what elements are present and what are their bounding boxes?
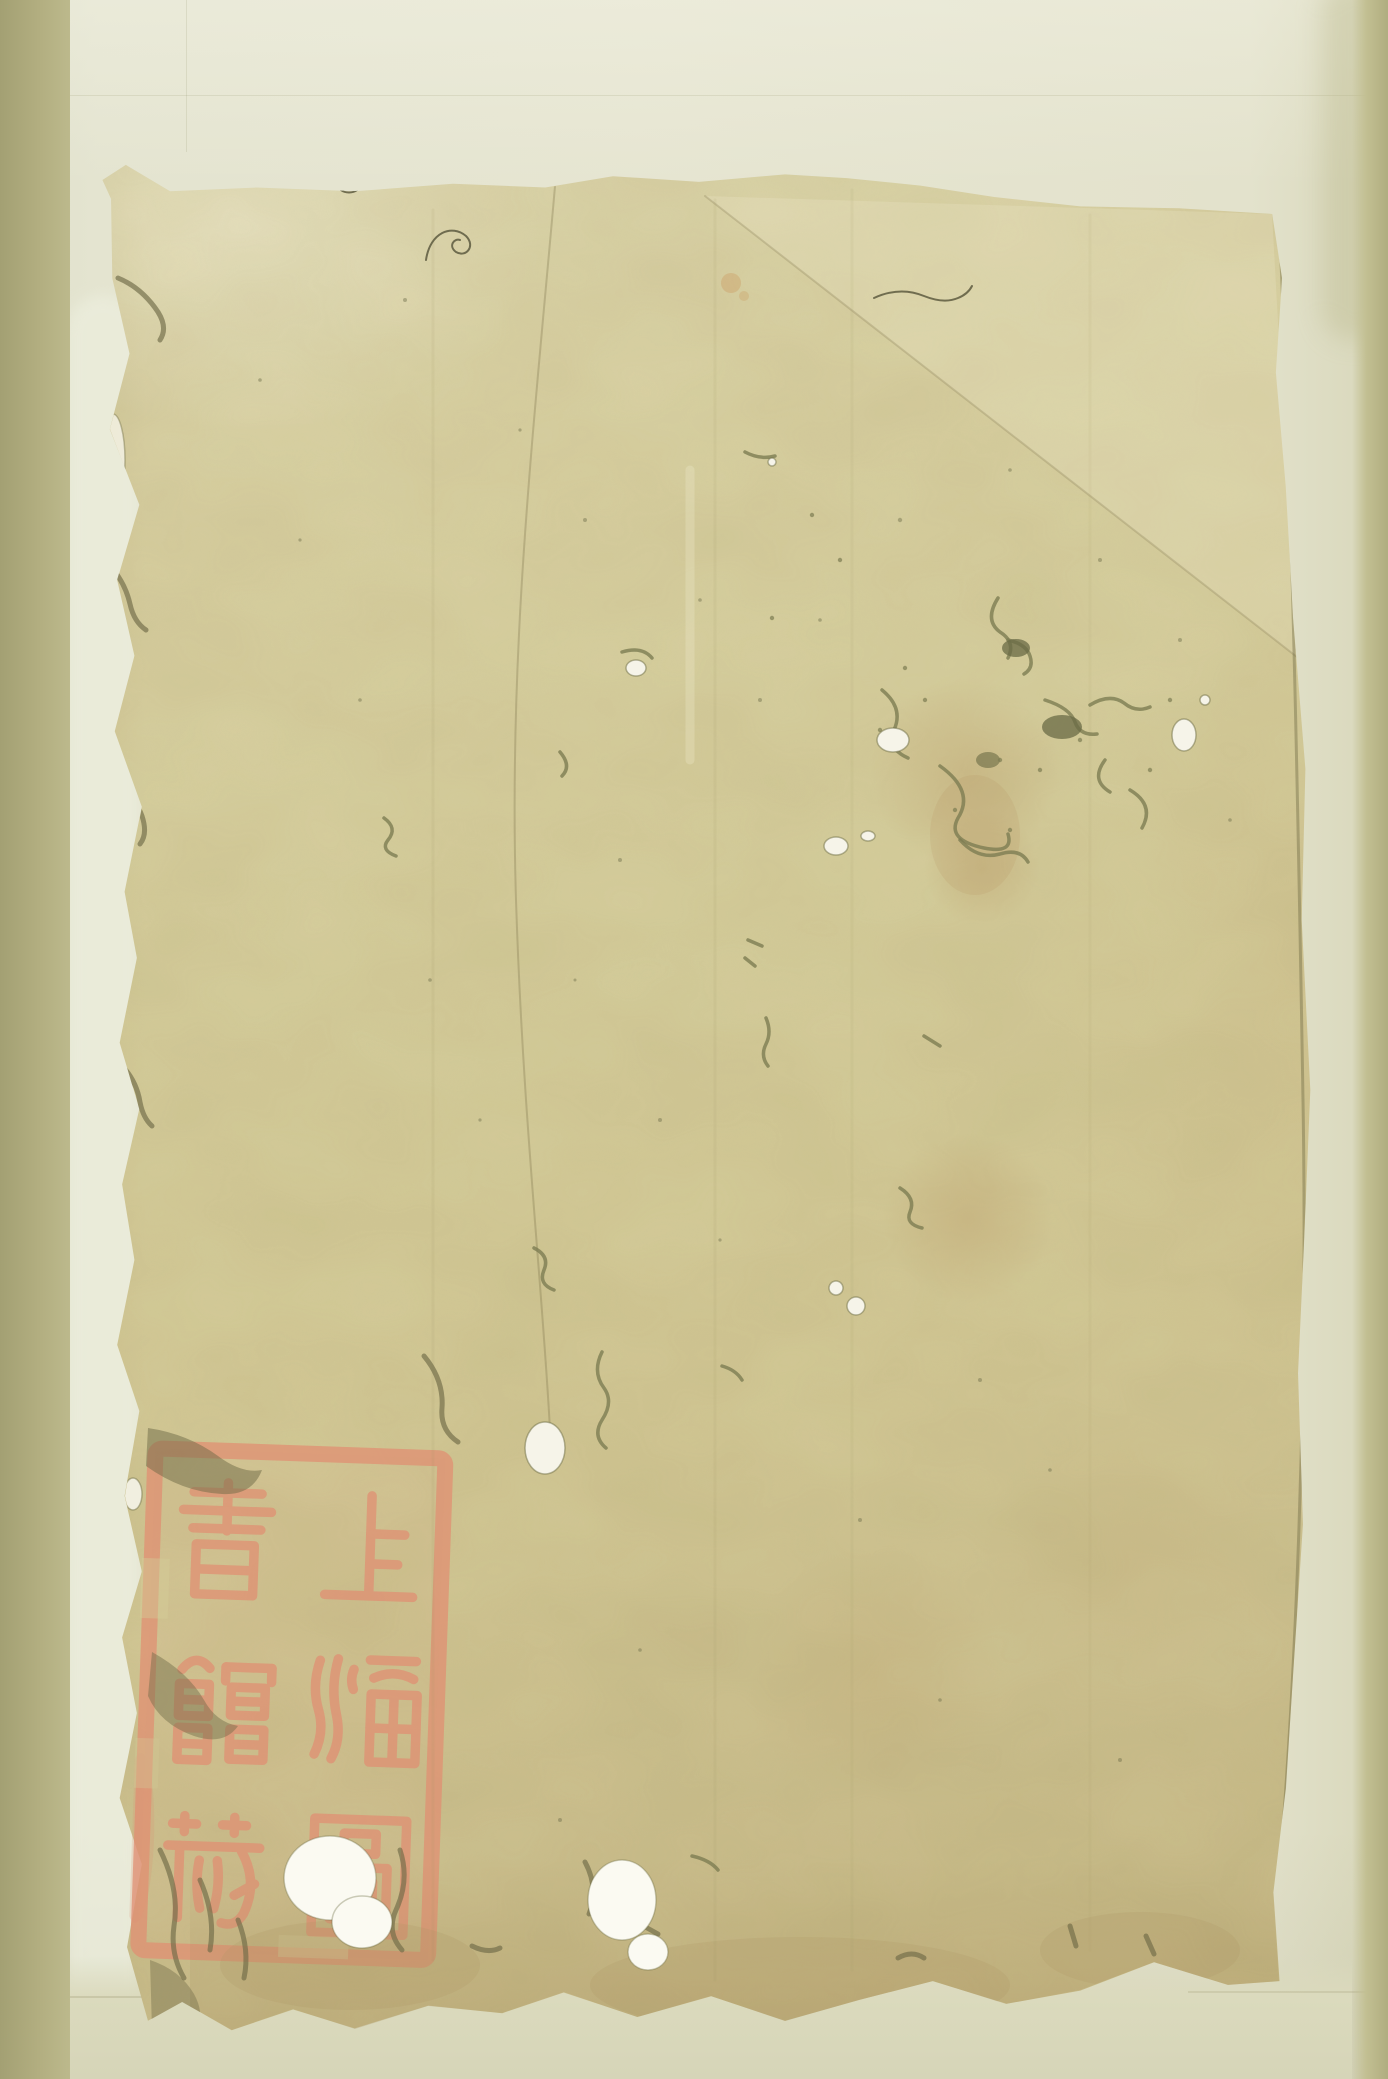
seal-char-guan-shape [226, 1667, 272, 1669]
seal-char-guan-shape [179, 1699, 209, 1700]
seal-border-break-bottom [278, 1935, 349, 1959]
seal-char-shang-shape [371, 1534, 405, 1535]
seal-stamp [128, 1438, 456, 1971]
seal-char-shu-shape [193, 1528, 261, 1530]
backing-crease-top [0, 95, 1388, 96]
seal-char-guan-shape [177, 1743, 207, 1744]
library-seal: 上海圖書館藏 [128, 1438, 456, 1971]
seal-char-guan-shape [231, 1701, 265, 1702]
seal-char-hai-shape [392, 1695, 394, 1763]
seal-char-shang-shape [370, 1564, 398, 1565]
seal-char-hai-shape [370, 1660, 416, 1662]
seal-char-guan-shape [229, 1744, 263, 1745]
seal-char-tu-shape [350, 1893, 366, 1894]
scanned-book-cover-page: 上海圖書館藏 [0, 0, 1388, 2079]
seal-ink-wash [138, 1448, 445, 1960]
seal-char-shu-shape [184, 1509, 272, 1512]
seal-char-hai-shape [331, 1659, 341, 1759]
seal-char-cang-shape [196, 1860, 201, 1908]
seal-char-hai-shape [374, 1673, 414, 1679]
seal-border-break-left2 [134, 1738, 160, 1789]
seal-char-hai-shape [351, 1669, 354, 1689]
seal-char-shu-shape [195, 1569, 253, 1571]
seal-char-cang-shape [214, 1861, 219, 1909]
seal-char-shu-shape [194, 1492, 262, 1494]
seal-char-shang-shape [369, 1496, 372, 1596]
backing-crease-vertical [186, 0, 187, 152]
scan-bed-strip-left [0, 0, 70, 2079]
seal-border-break-left1 [140, 1558, 170, 1619]
scan-bed-strip-right [1352, 0, 1388, 2079]
seal-char-cang-shape [177, 1845, 180, 1917]
